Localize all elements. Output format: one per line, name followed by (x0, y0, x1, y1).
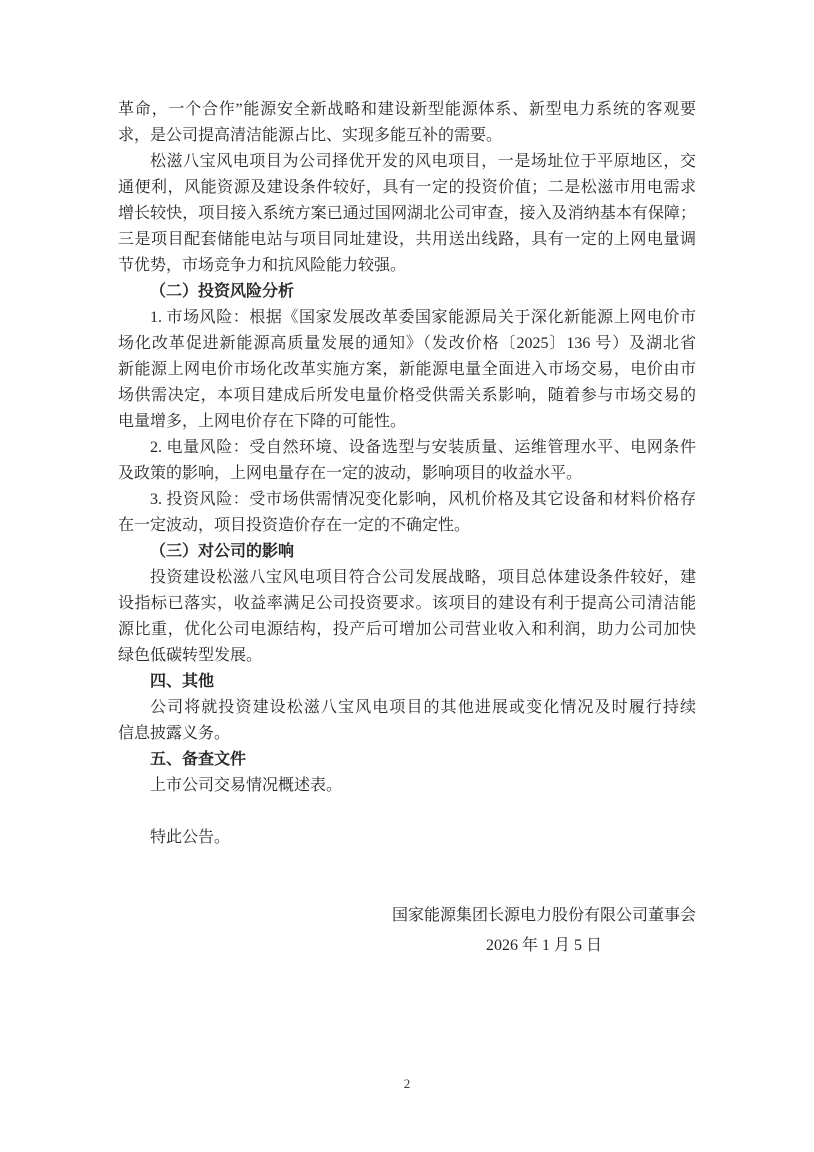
text-line: 公司将就投资建设松滋八宝风电项目的其他进展或变化情况及时履行持续 (118, 695, 696, 721)
text-line: 通便利，风能资源及建设条件较好，具有一定的投资价值；二是松滋市用电需求 (118, 175, 696, 201)
text-line: 2. 电量风险：受自然环境、设备选型与安装质量、运维管理水平、电网条件 (118, 435, 696, 461)
section-heading: 五、备查文件 (118, 747, 696, 773)
text-line: 松滋八宝风电项目为公司择优开发的风电项目，一是场址位于平原地区，交 (118, 149, 696, 175)
text-line: 3. 投资风险：受市场供需情况变化影响，风机价格及其它设备和材料价格存 (118, 487, 696, 513)
document-body: 革命，一个合作”能源安全新战略和建设新型能源体系、新型电力系统的客观要求，是公司… (118, 97, 696, 959)
text-line: 增长较快，项目接入系统方案已通过国网湖北公司审查，接入及消纳基本有保障； (118, 201, 696, 227)
text-line: 三是项目配套储能电站与项目同址建设，共用送出线路，具有一定的上网电量调 (118, 227, 696, 253)
text-line: 1. 市场风险：根据《国家发展改革委国家能源局关于深化新能源上网电价市 (118, 305, 696, 331)
section-heading: （三）对公司的影响 (118, 539, 696, 565)
text-line: 节优势，市场竞争力和抗风险能力较强。 (118, 253, 696, 279)
text-line: 新能源上网电价市场化改革实施方案，新能源电量全面进入市场交易，电价由市 (118, 357, 696, 383)
text-line: 革命，一个合作”能源安全新战略和建设新型能源体系、新型电力系统的客观要 (118, 97, 696, 123)
text-line: 上市公司交易情况概述表。 (118, 773, 696, 799)
text-line: 源比重，优化公司电源结构，投产后可增加公司营业收入和利润，助力公司加快 (118, 617, 696, 643)
text-line: 投资建设松滋八宝风电项目符合公司发展战略，项目总体建设条件较好，建 (118, 565, 696, 591)
signature-date: 2026 年 1 月 5 日 (392, 933, 696, 959)
section-heading: 四、其他 (118, 669, 696, 695)
text-line: 绿色低碳转型发展。 (118, 643, 696, 669)
text-line: 及政策的影响，上网电量存在一定的波动，影响项目的收益水平。 (118, 461, 696, 487)
text-line: 场供需决定，本项目建成后所发电量价格受供需关系影响，随着参与市场交易的 (118, 383, 696, 409)
signature-company: 国家能源集团长源电力股份有限公司董事会 (392, 903, 696, 929)
document-page: { "document": { "kind": "corporate-annou… (0, 0, 814, 1152)
text-line: 在一定波动，项目投资造价存在一定的不确定性。 (118, 513, 696, 539)
signature-block: 国家能源集团长源电力股份有限公司董事会 2026 年 1 月 5 日 (392, 903, 696, 959)
text-line: 特此公告。 (118, 825, 696, 851)
text-line: 求，是公司提高清洁能源占比、实现多能互补的需要。 (118, 123, 696, 149)
text-line: 设指标已落实，收益率满足公司投资要求。该项目的建设有利于提高公司清洁能 (118, 591, 696, 617)
page-number: 2 (0, 1076, 814, 1092)
section-heading: （二）投资风险分析 (118, 279, 696, 305)
text-line: 信息披露义务。 (118, 721, 696, 747)
blank-line (118, 851, 696, 903)
text-line: 场化改革促进新能源高质量发展的通知》（发改价格〔2025〕136 号）及湖北省 (118, 331, 696, 357)
blank-line (118, 799, 696, 825)
text-line: 电量增多，上网电价存在下降的可能性。 (118, 409, 696, 435)
